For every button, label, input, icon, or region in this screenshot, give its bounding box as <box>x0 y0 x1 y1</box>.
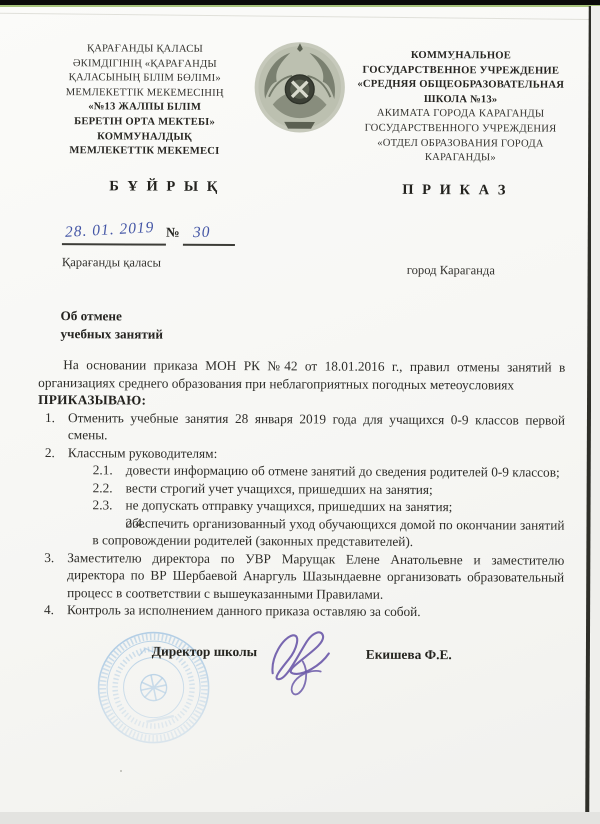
order-item-3: 3. Заместителю директора по УВР Марущак … <box>37 548 564 603</box>
item-number: 3. <box>44 549 54 567</box>
letterhead-line: КОММУНАЛЬНОЕ <box>344 49 578 65</box>
letterhead-kazakh: ҚАРАҒАНДЫ ҚАЛАСЫ ӘКІМДІГІНІҢ «ҚАРАҒАНДЫ … <box>35 42 254 160</box>
item-text: Классным руководителям: <box>68 445 218 461</box>
letterhead-line: «ОТДЕЛ ОБРАЗОВАНИЯ ГОРОДА <box>343 136 577 152</box>
letterhead-line: МЕМЛЕКЕТТІК МЕКЕМЕСІНІҢ <box>36 86 254 102</box>
item-text: Контроль за исполнением данного приказа … <box>67 602 421 619</box>
signature-name: Екишева Ф.Е. <box>366 647 452 663</box>
signature-role-label: Директор школы <box>152 644 257 661</box>
number-underline <box>183 244 235 246</box>
item-number: 2.3. <box>93 496 113 514</box>
letterhead-line: КОММУНАЛДЫҚ <box>35 130 253 146</box>
item-text: не допускать отправку учащихся, пришедши… <box>126 497 453 514</box>
letterhead-russian: КОММУНАЛЬНОЕ ГОСУДАРСТВЕННОЕ УЧРЕЖДЕНИЕ … <box>343 49 578 167</box>
letterhead-line: АКИМАТА ГОРОДА КАРАГАНДЫ <box>344 107 578 123</box>
subject-line: Об отмене <box>61 307 164 326</box>
letterhead-line: ШКОЛА №13» <box>344 92 578 108</box>
place-name-kazakh: Қарағанды қаласы <box>62 255 161 271</box>
item-text: вести строгий учет учащихся, пришедших н… <box>126 480 433 497</box>
place-name-russian: город Караганда <box>407 263 495 278</box>
order-title-russian: П Р И К А З <box>402 182 508 200</box>
handwritten-date: 28. 01. 2019 <box>65 219 155 242</box>
item-number: 1. <box>45 409 55 427</box>
document-content: ҚАРАҒАНДЫ ҚАЛАСЫ ӘКІМДІГІНІҢ «ҚАРАҒАНДЫ … <box>0 0 600 824</box>
letterhead-line: БЕРЕТІН ОРТА МЕКТЕБІ» <box>36 115 254 131</box>
letterhead-line: ГОСУДАРСТВЕННОЕ УЧРЕЖДЕНИЕ <box>344 63 578 79</box>
item-text: довести информацию об отмене занятий до … <box>126 462 560 479</box>
order-subject: Об отмене учебных занятий <box>60 307 163 344</box>
letterhead-line: ӘКІМДІГІНІҢ «ҚАРАҒАНДЫ <box>36 57 254 73</box>
letterhead-line: МЕМЛЕКЕТТІК МЕКЕМЕСІ <box>35 144 253 160</box>
item-text: Отменить учебные занятия 28 января 2019 … <box>68 410 565 443</box>
letterhead-line: «СРЕДНЯЯ ОБЩЕОБРАЗОВАТЕЛЬНАЯ <box>344 78 578 94</box>
handwritten-order-number: 30 <box>193 224 211 243</box>
order-item-2-4: 2.4. обеспечить организованный уход обуч… <box>37 513 564 551</box>
date-underline <box>62 243 166 246</box>
letterhead-line: ҚАРАҒАНДЫ ҚАЛАСЫ <box>36 42 254 58</box>
letterhead-line: ГОСУДАРСТВЕННОГО УЧРЕЖДЕНИЯ <box>344 122 578 138</box>
item-text: Заместителю директора по УВР Марущак Еле… <box>67 550 564 602</box>
item-number: 2.1. <box>93 461 113 479</box>
subject-line: учебных занятий <box>60 325 163 344</box>
order-body: На основании приказа МОН РК №42 от 18.01… <box>37 356 565 621</box>
item-text: обеспечить организованный уход обучающих… <box>92 515 564 549</box>
number-sign-label: № <box>166 225 180 241</box>
kazakhstan-emblem-icon <box>252 39 349 136</box>
handwritten-signature <box>263 627 341 699</box>
letterhead-line: ҚАЛАСЫНЫҢ БІЛІМ БӨЛІМІ» <box>36 71 254 87</box>
item-number: 2.4. <box>92 514 145 532</box>
order-title-kazakh: Б Ұ Й Р Ы Қ <box>109 178 220 196</box>
item-number: 2.2. <box>93 479 113 497</box>
order-item-4: 4. Контроль за исполнением данного прика… <box>37 601 564 621</box>
letterhead-line: «№13 ЖАЛПЫ БІЛІМ <box>36 100 254 116</box>
item-number: 4. <box>44 601 54 619</box>
order-item-1: 1. Отменить учебные занятия 28 января 20… <box>38 408 565 446</box>
scanned-order-page: { "colors": { "ink_blue": "#4355a5", "st… <box>0 0 600 824</box>
order-intro: На основании приказа МОН РК №42 от 18.01… <box>38 356 565 394</box>
letterhead-line: КАРАГАНДЫ» <box>343 151 577 167</box>
item-number: 2. <box>45 444 55 462</box>
